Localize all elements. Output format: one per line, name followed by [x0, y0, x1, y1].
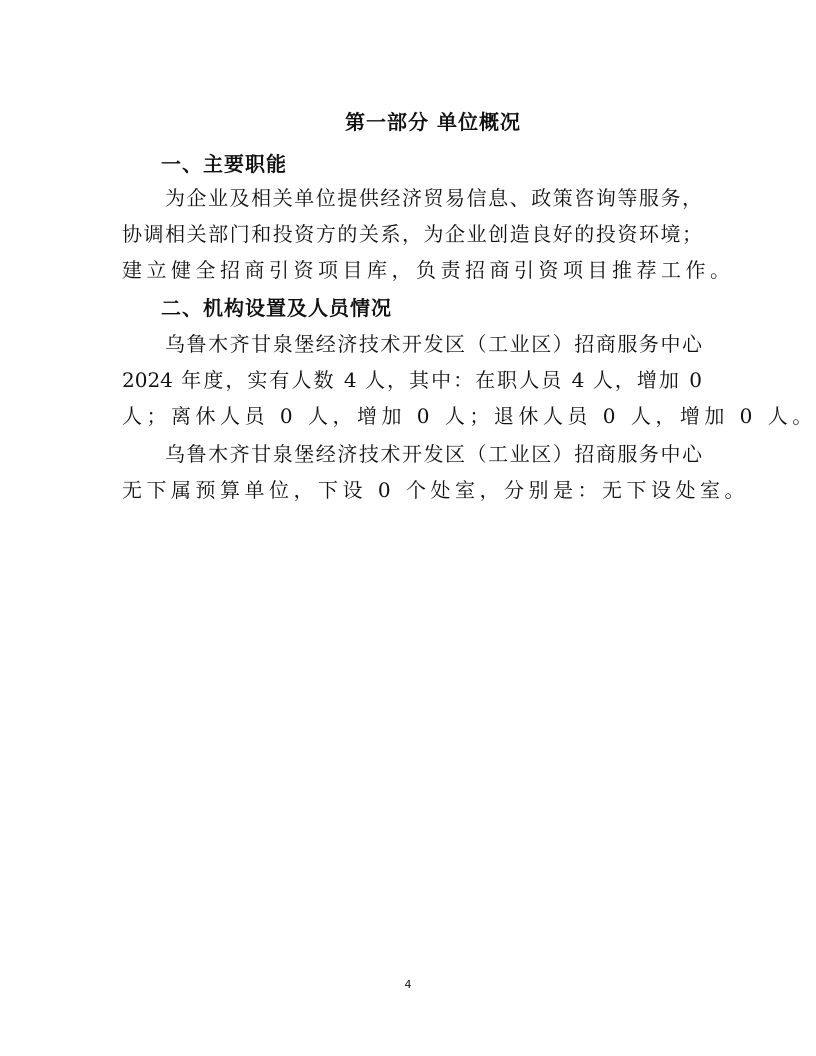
- paragraph-line: 协调相关部门和投资方的关系，为企业创造良好的投资环境；: [122, 218, 702, 247]
- paragraph-line: 2024 年度，实有人数 4 人，其中：在职人员 4 人，增加 0: [122, 364, 702, 393]
- page-number: 4: [0, 978, 816, 991]
- document-page: 第一部分 单位概况 一、主要职能 为企业及相关单位提供经济贸易信息、政策咨询等服…: [0, 0, 816, 1056]
- paragraph-line: 乌鲁木齐甘泉堡经济技术开发区（工业区）招商服务中心: [165, 438, 702, 467]
- paragraph-line: 人；离休人员 0 人，增加 0 人；退休人员 0 人，增加 0 人。: [122, 400, 702, 429]
- paragraph-line: 无下属预算单位，下设 0 个处室，分别是：无下设处室。: [122, 474, 702, 503]
- paragraph-line: 建立健全招商引资项目库，负责招商引资项目推荐工作。: [122, 254, 702, 283]
- paragraph-line: 乌鲁木齐甘泉堡经济技术开发区（工业区）招商服务中心: [165, 328, 702, 357]
- section-heading-organization: 二、机构设置及人员情况: [161, 292, 392, 321]
- page-title: 第一部分 单位概况: [0, 106, 816, 135]
- section-heading-main-functions: 一、主要职能: [161, 148, 287, 177]
- paragraph-line: 为企业及相关单位提供经济贸易信息、政策咨询等服务，: [165, 182, 702, 211]
